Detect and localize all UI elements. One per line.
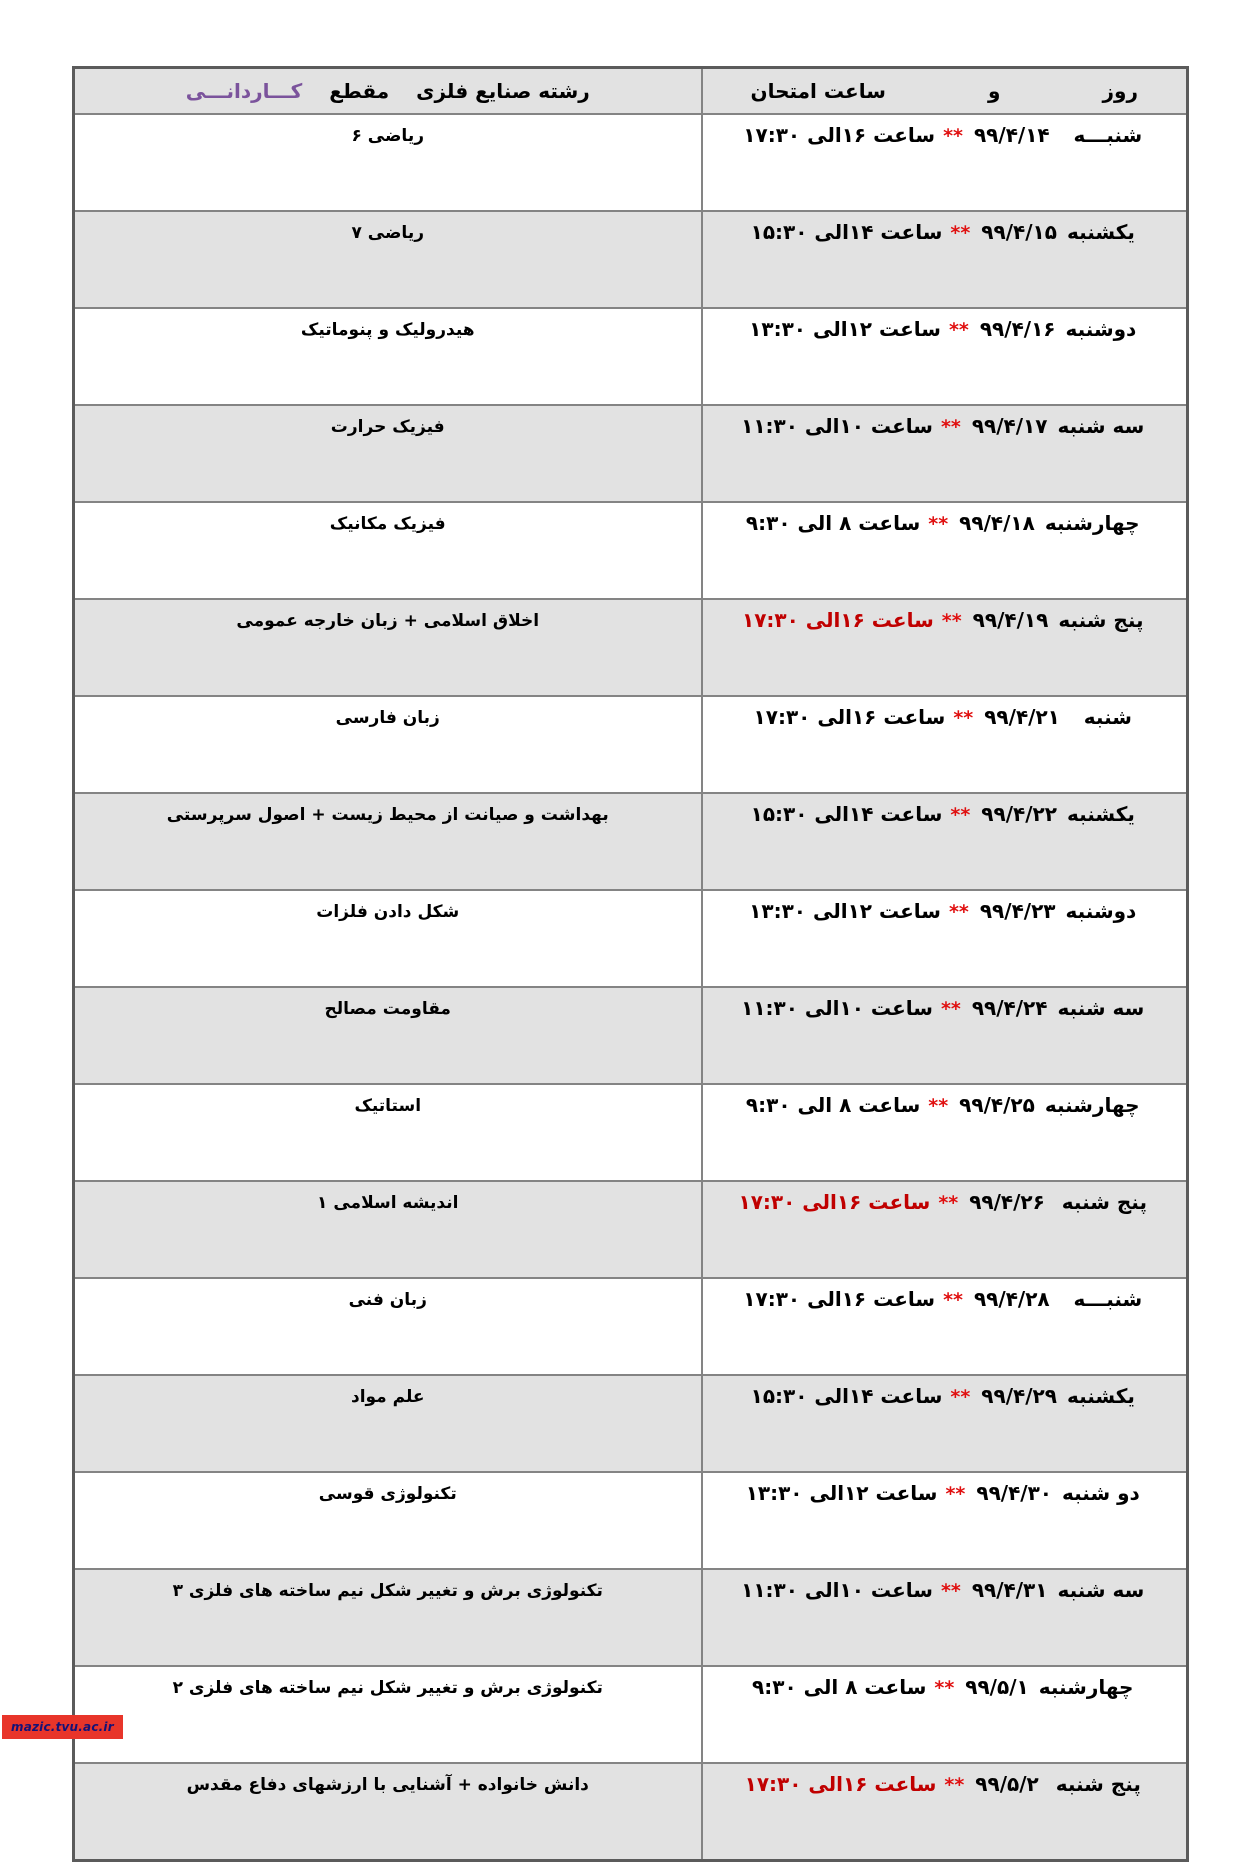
exam-day: سه شنبه xyxy=(1057,1578,1144,1602)
course-cell: ریاضی ۷ xyxy=(74,211,702,308)
schedule-row: سه شنبه۹۹/۴/۲۴**ساعت ۱۰الی ۱۱:۳۰ مقاومت … xyxy=(74,987,1188,1084)
exam-stars-marker: ** xyxy=(943,125,963,147)
program-level-label: مقطع xyxy=(329,79,389,103)
schedule-row: پنج شنبه۹۹/۴/۱۹**ساعت ۱۶الی ۱۷:۳۰ اخلاق … xyxy=(74,599,1188,696)
course-cell: فیزیک مکانیک xyxy=(74,502,702,599)
exam-stars-marker: ** xyxy=(945,1483,965,1505)
exam-date: ۹۹/۴/۱۸ xyxy=(959,511,1035,535)
exam-date: ۹۹/۴/۲۴ xyxy=(972,996,1048,1020)
schedule-row: شنبـــه ۹۹/۴/۲۸**ساعت ۱۶الی ۱۷:۳۰ زبان ف… xyxy=(74,1278,1188,1375)
course-name: زبان فنی xyxy=(349,1290,427,1310)
course-name: تکنولوژی برش و تغییر شکل نیم ساخته های ف… xyxy=(173,1581,603,1601)
exam-stars-marker: ** xyxy=(943,1289,963,1311)
table-header: روز و ساعت امتحان رشته صنایع فلزی مقطع ک… xyxy=(74,68,1188,115)
exam-date: ۹۹/۴/۱۶ xyxy=(980,317,1056,341)
exam-date: ۹۹/۴/۱۷ xyxy=(972,414,1048,438)
exam-date: ۹۹/۴/۳۰ xyxy=(976,1481,1052,1505)
course-cell: ریاضی ۶ xyxy=(74,114,702,211)
course-cell: شکل دادن فلزات xyxy=(74,890,702,987)
exam-date: ۹۹/۴/۲۲ xyxy=(981,802,1057,826)
course-cell: دانش خانواده + آشنایی با ارزشهای دفاع مق… xyxy=(74,1763,702,1861)
schedule-row: شنبـــه ۹۹/۴/۱۴**ساعت ۱۶الی ۱۷:۳۰ ریاضی … xyxy=(74,114,1188,211)
exam-time: ساعت ۸ الی ۹:۳۰ xyxy=(746,511,920,535)
exam-day: سه شنبه xyxy=(1057,414,1144,438)
header-time-label: ساعت امتحان xyxy=(751,79,886,103)
exam-date: ۹۹/۴/۲۸ xyxy=(974,1287,1050,1311)
course-name: مقاومت مصالح xyxy=(325,999,451,1019)
exam-schedule-table: روز و ساعت امتحان رشته صنایع فلزی مقطع ک… xyxy=(72,66,1189,1862)
exam-time: ساعت ۱۶الی ۱۷:۳۰ xyxy=(745,1772,937,1796)
course-cell: فیزیک حرارت xyxy=(74,405,702,502)
exam-stars-marker: ** xyxy=(949,319,969,341)
course-name: اخلاق اسلامی + زبان خارجه عمومی xyxy=(236,611,539,631)
schedule-row: سه شنبه۹۹/۴/۳۱**ساعت ۱۰الی ۱۱:۳۰ تکنولوژ… xyxy=(74,1569,1188,1666)
exam-datetime-cell: یکشنبه۹۹/۴/۲۹**ساعت ۱۴الی ۱۵:۳۰ xyxy=(702,1375,1188,1472)
exam-datetime-cell: چهارشنبه۹۹/۴/۲۵**ساعت ۸ الی ۹:۳۰ xyxy=(702,1084,1188,1181)
exam-time: ساعت ۱۶الی ۱۷:۳۰ xyxy=(743,123,935,147)
exam-stars-marker: ** xyxy=(941,998,961,1020)
course-cell: اندیشه اسلامی ۱ xyxy=(74,1181,702,1278)
exam-day: چهارشنبه xyxy=(1045,511,1140,535)
exam-time: ساعت ۱۰الی ۱۱:۳۰ xyxy=(741,1578,933,1602)
header-day-label: روز xyxy=(1103,79,1138,103)
exam-day: دوشنبه xyxy=(1066,899,1137,923)
exam-datetime-cell: شنبـــه ۹۹/۴/۱۴**ساعت ۱۶الی ۱۷:۳۰ xyxy=(702,114,1188,211)
course-name: ریاضی ۶ xyxy=(352,126,425,146)
exam-datetime-cell: سه شنبه۹۹/۴/۳۱**ساعت ۱۰الی ۱۱:۳۰ xyxy=(702,1569,1188,1666)
schedule-row: دو شنبه۹۹/۴/۳۰**ساعت ۱۲الی ۱۳:۳۰ تکنولوژ… xyxy=(74,1472,1188,1569)
course-name: فیزیک مکانیک xyxy=(330,514,446,534)
exam-time: ساعت ۱۶الی ۱۷:۳۰ xyxy=(743,1287,935,1311)
course-cell: هیدرولیک و پنوماتیک xyxy=(74,308,702,405)
site-watermark: mazic.tvu.ac.ir xyxy=(2,1715,123,1739)
header-and-label: و xyxy=(988,79,1000,103)
exam-date: ۹۹/۵/۱ xyxy=(965,1675,1028,1699)
exam-day: شنبه xyxy=(1070,705,1132,729)
course-name: هیدرولیک و پنوماتیک xyxy=(301,320,475,340)
exam-time: ساعت ۱۶الی ۱۷:۳۰ xyxy=(754,705,946,729)
course-name: تکنولوژی قوسی xyxy=(319,1484,457,1504)
exam-stars-marker: ** xyxy=(950,222,970,244)
header-day-time-cell: روز و ساعت امتحان xyxy=(702,68,1188,115)
course-name: شکل دادن فلزات xyxy=(316,902,459,922)
header-program-cell: رشته صنایع فلزی مقطع کـــاردانـــی xyxy=(74,68,702,115)
exam-day: یکشنبه xyxy=(1067,1384,1135,1408)
exam-time: ساعت ۱۲الی ۱۳:۳۰ xyxy=(749,899,941,923)
exam-stars-marker: ** xyxy=(944,1774,964,1796)
exam-date: ۹۹/۴/۲۱ xyxy=(984,705,1060,729)
schedule-row: دوشنبه۹۹/۴/۲۳**ساعت ۱۲الی ۱۳:۳۰ شکل دادن… xyxy=(74,890,1188,987)
exam-day: پنج شنبه xyxy=(1055,1190,1147,1214)
exam-date: ۹۹/۴/۱۴ xyxy=(974,123,1050,147)
course-name: دانش خانواده + آشنایی با ارزشهای دفاع مق… xyxy=(187,1775,589,1795)
course-cell: استاتیک xyxy=(74,1084,702,1181)
course-name: تکنولوژی برش و تغییر شکل نیم ساخته های ف… xyxy=(173,1678,603,1698)
exam-time: ساعت ۱۴الی ۱۵:۳۰ xyxy=(751,1384,943,1408)
exam-datetime-cell: شنبـــه ۹۹/۴/۲۸**ساعت ۱۶الی ۱۷:۳۰ xyxy=(702,1278,1188,1375)
exam-datetime-cell: سه شنبه۹۹/۴/۲۴**ساعت ۱۰الی ۱۱:۳۰ xyxy=(702,987,1188,1084)
exam-day: پنج شنبه xyxy=(1058,608,1143,632)
exam-stars-marker: ** xyxy=(953,707,973,729)
exam-datetime-cell: پنج شنبه۹۹/۴/۱۹**ساعت ۱۶الی ۱۷:۳۰ xyxy=(702,599,1188,696)
exam-stars-marker: ** xyxy=(949,901,969,923)
schedule-row: سه شنبه۹۹/۴/۱۷**ساعت ۱۰الی ۱۱:۳۰ فیزیک ح… xyxy=(74,405,1188,502)
exam-schedule-page: { "table": { "header": { "day_label": "ر… xyxy=(0,0,1240,1754)
course-cell: تکنولوژی برش و تغییر شکل نیم ساخته های ف… xyxy=(74,1666,702,1763)
schedule-row: چهارشنبه۹۹/۴/۱۸**ساعت ۸ الی ۹:۳۰ فیزیک م… xyxy=(74,502,1188,599)
exam-datetime-cell: چهارشنبه۹۹/۴/۱۸**ساعت ۸ الی ۹:۳۰ xyxy=(702,502,1188,599)
exam-datetime-cell: شنبه ۹۹/۴/۲۱**ساعت ۱۶الی ۱۷:۳۰ xyxy=(702,696,1188,793)
exam-datetime-cell: دوشنبه۹۹/۴/۲۳**ساعت ۱۲الی ۱۳:۳۰ xyxy=(702,890,1188,987)
course-cell: مقاومت مصالح xyxy=(74,987,702,1084)
exam-day: یکشنبه xyxy=(1067,220,1135,244)
exam-day: چهارشنبه xyxy=(1045,1093,1140,1117)
exam-stars-marker: ** xyxy=(950,1386,970,1408)
schedule-row: پنج شنبه ۹۹/۴/۲۶**ساعت ۱۶الی ۱۷:۳۰ اندیش… xyxy=(74,1181,1188,1278)
exam-time: ساعت ۱۴الی ۱۵:۳۰ xyxy=(751,220,943,244)
schedule-row: چهارشنبه۹۹/۴/۲۵**ساعت ۸ الی ۹:۳۰ استاتیک xyxy=(74,1084,1188,1181)
course-cell: علم مواد xyxy=(74,1375,702,1472)
exam-datetime-cell: یکشنبه۹۹/۴/۲۲**ساعت ۱۴الی ۱۵:۳۰ xyxy=(702,793,1188,890)
exam-time: ساعت ۱۲الی ۱۳:۳۰ xyxy=(749,317,941,341)
exam-stars-marker: ** xyxy=(942,610,962,632)
exam-date: ۹۹/۵/۲ xyxy=(975,1772,1038,1796)
course-cell: زبان فنی xyxy=(74,1278,702,1375)
course-name: استاتیک xyxy=(354,1096,421,1116)
exam-time: ساعت ۱۶الی ۱۷:۳۰ xyxy=(742,608,934,632)
course-name: زبان فارسی xyxy=(336,708,440,728)
schedule-row: پنج شنبه ۹۹/۵/۲**ساعت ۱۶الی ۱۷:۳۰ دانش خ… xyxy=(74,1763,1188,1861)
exam-day: دوشنبه xyxy=(1066,317,1137,341)
exam-stars-marker: ** xyxy=(950,804,970,826)
exam-datetime-cell: دو شنبه۹۹/۴/۳۰**ساعت ۱۲الی ۱۳:۳۰ xyxy=(702,1472,1188,1569)
exam-date: ۹۹/۴/۲۶ xyxy=(969,1190,1045,1214)
exam-time: ساعت ۱۶الی ۱۷:۳۰ xyxy=(739,1190,931,1214)
exam-date: ۹۹/۴/۱۹ xyxy=(973,608,1049,632)
schedule-row: یکشنبه۹۹/۴/۲۲**ساعت ۱۴الی ۱۵:۳۰ بهداشت و… xyxy=(74,793,1188,890)
exam-stars-marker: ** xyxy=(934,1677,954,1699)
course-cell: بهداشت و صیانت از محیط زیست + اصول سرپرس… xyxy=(74,793,702,890)
course-name: اندیشه اسلامی ۱ xyxy=(317,1193,458,1213)
course-name: فیزیک حرارت xyxy=(331,417,445,437)
schedule-row: دوشنبه۹۹/۴/۱۶**ساعت ۱۲الی ۱۳:۳۰ هیدرولیک… xyxy=(74,308,1188,405)
schedule-row: یکشنبه۹۹/۴/۱۵**ساعت ۱۴الی ۱۵:۳۰ ریاضی ۷ xyxy=(74,211,1188,308)
exam-stars-marker: ** xyxy=(941,416,961,438)
exam-datetime-cell: یکشنبه۹۹/۴/۱۵**ساعت ۱۴الی ۱۵:۳۰ xyxy=(702,211,1188,308)
exam-stars-marker: ** xyxy=(938,1192,958,1214)
exam-day: چهارشنبه xyxy=(1039,1675,1134,1699)
exam-day: سه شنبه xyxy=(1057,996,1144,1020)
exam-datetime-cell: چهارشنبه۹۹/۵/۱**ساعت ۸ الی ۹:۳۰ xyxy=(702,1666,1188,1763)
course-cell: تکنولوژی برش و تغییر شکل نیم ساخته های ف… xyxy=(74,1569,702,1666)
exam-datetime-cell: سه شنبه۹۹/۴/۱۷**ساعت ۱۰الی ۱۱:۳۰ xyxy=(702,405,1188,502)
exam-time: ساعت ۸ الی ۹:۳۰ xyxy=(752,1675,926,1699)
exam-date: ۹۹/۴/۳۱ xyxy=(972,1578,1048,1602)
exam-time: ساعت ۱۴الی ۱۵:۳۰ xyxy=(751,802,943,826)
schedule-row: چهارشنبه۹۹/۵/۱**ساعت ۸ الی ۹:۳۰ تکنولوژی… xyxy=(74,1666,1188,1763)
exam-day: پنج شنبه xyxy=(1049,1772,1141,1796)
exam-date: ۹۹/۴/۱۵ xyxy=(981,220,1057,244)
exam-datetime-cell: پنج شنبه ۹۹/۵/۲**ساعت ۱۶الی ۱۷:۳۰ xyxy=(702,1763,1188,1861)
exam-day: یکشنبه xyxy=(1067,802,1135,826)
course-name: بهداشت و صیانت از محیط زیست + اصول سرپرس… xyxy=(167,805,609,825)
course-name: علم مواد xyxy=(351,1387,425,1407)
exam-time: ساعت ۱۰الی ۱۱:۳۰ xyxy=(741,996,933,1020)
program-level-value: کـــاردانـــی xyxy=(186,79,303,103)
course-cell: زبان فارسی xyxy=(74,696,702,793)
exam-day: شنبـــه xyxy=(1060,123,1143,147)
exam-day: دو شنبه xyxy=(1062,1481,1140,1505)
course-cell: تکنولوژی قوسی xyxy=(74,1472,702,1569)
exam-datetime-cell: پنج شنبه ۹۹/۴/۲۶**ساعت ۱۶الی ۱۷:۳۰ xyxy=(702,1181,1188,1278)
schedule-sheet: روز و ساعت امتحان رشته صنایع فلزی مقطع ک… xyxy=(72,66,1189,1862)
course-name: ریاضی ۷ xyxy=(352,223,425,243)
schedule-row: یکشنبه۹۹/۴/۲۹**ساعت ۱۴الی ۱۵:۳۰ علم مواد xyxy=(74,1375,1188,1472)
header-row: روز و ساعت امتحان رشته صنایع فلزی مقطع ک… xyxy=(74,68,1188,115)
exam-datetime-cell: دوشنبه۹۹/۴/۱۶**ساعت ۱۲الی ۱۳:۳۰ xyxy=(702,308,1188,405)
exam-time: ساعت ۸ الی ۹:۳۰ xyxy=(746,1093,920,1117)
schedule-body: شنبـــه ۹۹/۴/۱۴**ساعت ۱۶الی ۱۷:۳۰ ریاضی … xyxy=(74,114,1188,1861)
exam-date: ۹۹/۴/۲۵ xyxy=(959,1093,1035,1117)
exam-date: ۹۹/۴/۲۹ xyxy=(981,1384,1057,1408)
exam-time: ساعت ۱۲الی ۱۳:۳۰ xyxy=(746,1481,938,1505)
schedule-row: شنبه ۹۹/۴/۲۱**ساعت ۱۶الی ۱۷:۳۰ زبان فارس… xyxy=(74,696,1188,793)
exam-stars-marker: ** xyxy=(928,1095,948,1117)
exam-stars-marker: ** xyxy=(928,513,948,535)
exam-date: ۹۹/۴/۲۳ xyxy=(980,899,1056,923)
program-field-label: رشته صنایع فلزی xyxy=(416,79,590,103)
exam-day: شنبـــه xyxy=(1060,1287,1143,1311)
course-cell: اخلاق اسلامی + زبان خارجه عمومی xyxy=(74,599,702,696)
exam-time: ساعت ۱۰الی ۱۱:۳۰ xyxy=(741,414,933,438)
exam-stars-marker: ** xyxy=(941,1580,961,1602)
